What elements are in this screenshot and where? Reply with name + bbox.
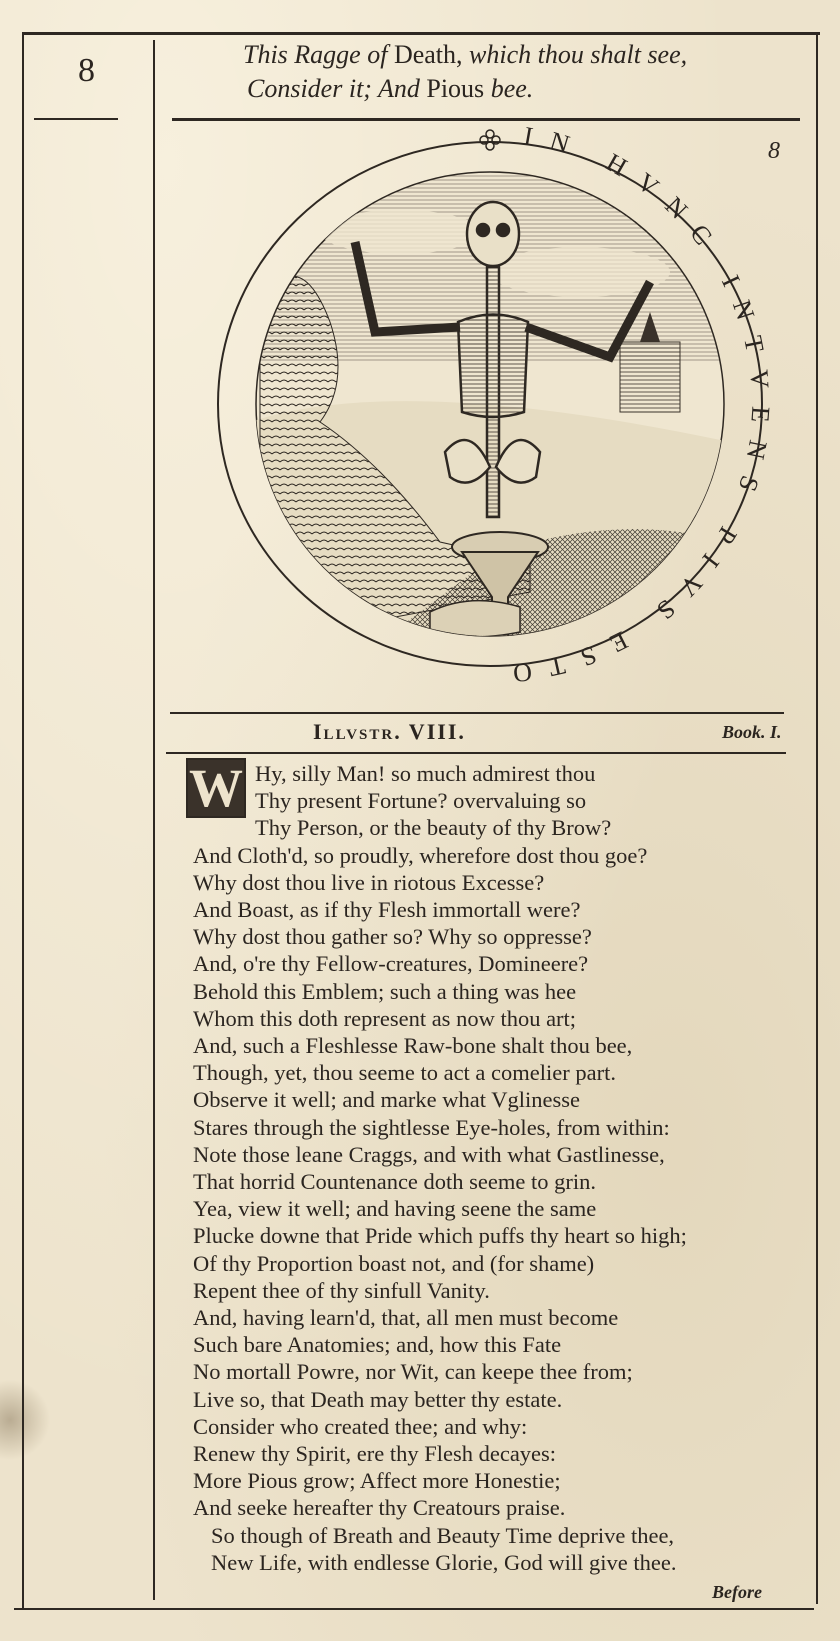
poem-line: Stares through the sightlesse Eye-holes,… [193,1114,813,1141]
poem-line: Whom this doth represent as now thou art… [193,1005,813,1032]
poem-line: Such bare Anatomies; and, how this Fate [193,1331,813,1358]
motto-text: Consider it; [247,74,378,103]
caption-top-rule [170,712,784,714]
poem-line: Hy, silly Man! so much admirest thou [193,760,813,787]
poem-line: Thy Person, or the beauty of thy Brow? [193,814,813,841]
frame-left-rule [22,34,24,1609]
motto-text: Death, [394,40,469,69]
poem-line: Why dost thou live in riotous Excesse? [193,869,813,896]
frame-right-rule [816,34,818,1604]
poem-line: Repent thee of thy sinfull Vanity. [193,1277,813,1304]
margin-rule [34,118,118,120]
poem-line: And seeke hereafter thy Creatours praise… [193,1494,813,1521]
frame-top-rule [22,32,820,35]
margin-gutter-rule [153,40,155,1600]
poem-line: Though, yet, thou seeme to act a comelie… [193,1059,813,1086]
poem-line: Plucke downe that Pride which puffs thy … [193,1222,813,1249]
header-rule [172,118,800,121]
poem-text: Hy, silly Man! so much admirest thou Thy… [193,760,813,1576]
poem-line: That horrid Countenance doth seeme to gr… [193,1168,813,1195]
poem-line: And, o're thy Fellow-creatures, Domineer… [193,950,813,977]
motto-text: bee. [491,74,534,103]
poem-line: So though of Breath and Beauty Time depr… [193,1522,813,1549]
poem-line: No mortall Powre, nor Wit, can keepe the… [193,1358,813,1385]
motto-text: which thou shalt see, [469,40,687,69]
emblem-engraving: IN HVNC INTVENS PIVS ESTO [200,122,800,702]
poem-line: More Pious grow; Affect more Honestie; [193,1467,813,1494]
poem-line: Consider who created thee; and why: [193,1413,813,1440]
poem-line: Note those leane Craggs, and with what G… [193,1141,813,1168]
motto-line-1: This Ragge of Death, which thou shalt se… [243,38,803,72]
motto-text: And [378,74,426,103]
poem-line: New Life, with endlesse Glorie, God will… [193,1549,813,1576]
illustration-caption: Illvstr. VIII. [313,719,466,745]
poem-line: Observe it well; and marke what Vgliness… [193,1086,813,1113]
caption-bottom-rule [166,752,786,754]
poem-line: Thy present Fortune? overvaluing so [193,787,813,814]
poem-line: Yea, view it well; and having seene the … [193,1195,813,1222]
motto-text: This Ragge of [243,40,394,69]
poem-line: And, having learn'd, that, all men must … [193,1304,813,1331]
motto: This Ragge of Death, which thou shalt se… [243,38,803,106]
poem-line: And, such a Fleshlesse Raw-bone shalt th… [193,1032,813,1059]
poem-line: Of thy Proportion boast not, and (for sh… [193,1250,813,1277]
poem-line: Live so, that Death may better thy estat… [193,1386,813,1413]
ornament-icon [480,130,500,150]
emblem-illustration: IN HVNC INTVENS PIVS ESTO [200,122,800,702]
book-page: 8 This Ragge of Death, which thou shalt … [0,0,840,1641]
book-label: Book. I. [722,722,782,743]
frame-bottom-rule [14,1608,814,1610]
poem-line: And Cloth'd, so proudly, wherefore dost … [193,842,813,869]
poem-line: Why dost thou gather so? Why so oppresse… [193,923,813,950]
poem-line: Behold this Emblem; such a thing was hee [193,978,813,1005]
motto-line-2: Consider it; And Pious bee. [243,72,803,106]
poem-line: And Boast, as if thy Flesh immortall wer… [193,896,813,923]
motto-text: Pious [426,74,490,103]
poem-line: Renew thy Spirit, ere thy Flesh decayes: [193,1440,813,1467]
page-number: 8 [78,52,95,90]
catchword: Before [712,1582,762,1603]
